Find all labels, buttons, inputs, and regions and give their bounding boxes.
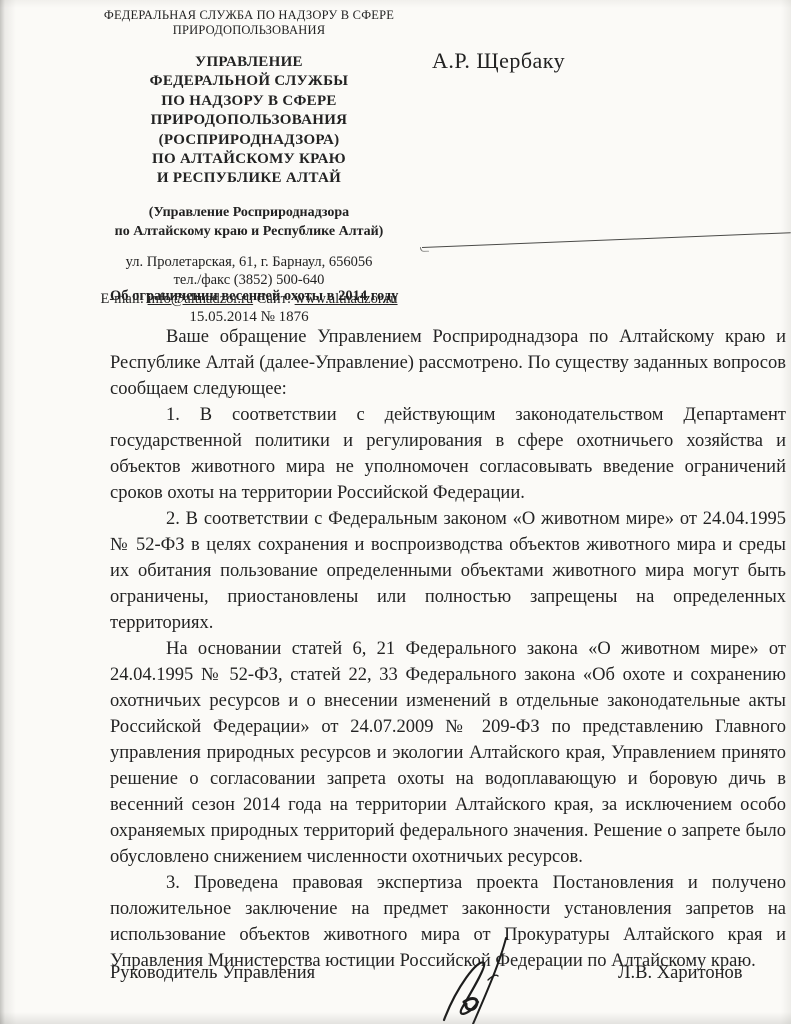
org-name-line: ПО АЛТАЙСКОМУ КРАЮ — [88, 150, 410, 169]
org-short-name: (Управление Росприроднадзора по Алтайско… — [88, 203, 410, 242]
org-name-line: ПО НАДЗОРУ В СФЕРЕ — [88, 92, 410, 111]
letter-body: Ваше обращение Управлением Росприроднадз… — [110, 324, 786, 974]
body-paragraph: На основании статей 6, 21 Федерального з… — [110, 636, 786, 870]
org-name: УПРАВЛЕНИЕ ФЕДЕРАЛЬНОЙ СЛУЖБЫ ПО НАДЗОРУ… — [88, 53, 410, 189]
federal-service-line-1: ФЕДЕРАЛЬНАЯ СЛУЖБА ПО НАДЗОРУ В СФЕРЕ — [88, 8, 410, 23]
handwritten-signature-icon — [428, 936, 538, 1024]
subject-line: Об ограничении весенней охоты в 2014 год… — [110, 288, 398, 305]
address-line: ул. Пролетарская, 61, г. Барнаул, 656056 — [88, 253, 410, 272]
org-name-line: ФЕДЕРАЛЬНОЙ СЛУЖБЫ — [88, 72, 410, 91]
body-paragraph: 2. В соответствии с Федеральным законом … — [110, 506, 786, 636]
signoff-name: Л.В. Харитонов — [618, 963, 742, 984]
signoff-position: Руководитель Управления — [110, 963, 315, 984]
scanned-letter-page: ФЕДЕРАЛЬНАЯ СЛУЖБА ПО НАДЗОРУ В СФЕРЕ ПР… — [0, 0, 791, 1024]
body-paragraph: Ваше обращение Управлением Росприроднадз… — [110, 324, 786, 402]
org-name-line: ПРИРОДОПОЛЬЗОВАНИЯ — [88, 111, 410, 130]
redacted-address-line — [422, 232, 791, 248]
org-short-name-line-2: по Алтайскому краю и Республике Алтай) — [88, 222, 410, 242]
org-name-line: (РОСПРИРОДНАДЗОРА) — [88, 131, 410, 150]
federal-service-name: ФЕДЕРАЛЬНАЯ СЛУЖБА ПО НАДЗОРУ В СФЕРЕ ПР… — [88, 8, 410, 38]
federal-service-line-2: ПРИРОДОПОЛЬЗОВАНИЯ — [88, 23, 410, 38]
body-paragraph: 1. В соответствии с действующим законода… — [110, 402, 786, 506]
addressee-name: А.Р. Щербаку — [432, 48, 565, 74]
org-name-line: УПРАВЛЕНИЕ — [88, 53, 410, 72]
letterhead: ФЕДЕРАЛЬНАЯ СЛУЖБА ПО НАДЗОРУ В СФЕРЕ ПР… — [88, 8, 410, 327]
org-name-line: И РЕСПУБЛИКЕ АЛТАЙ — [88, 169, 410, 188]
org-short-name-line-1: (Управление Росприроднадзора — [88, 203, 410, 223]
